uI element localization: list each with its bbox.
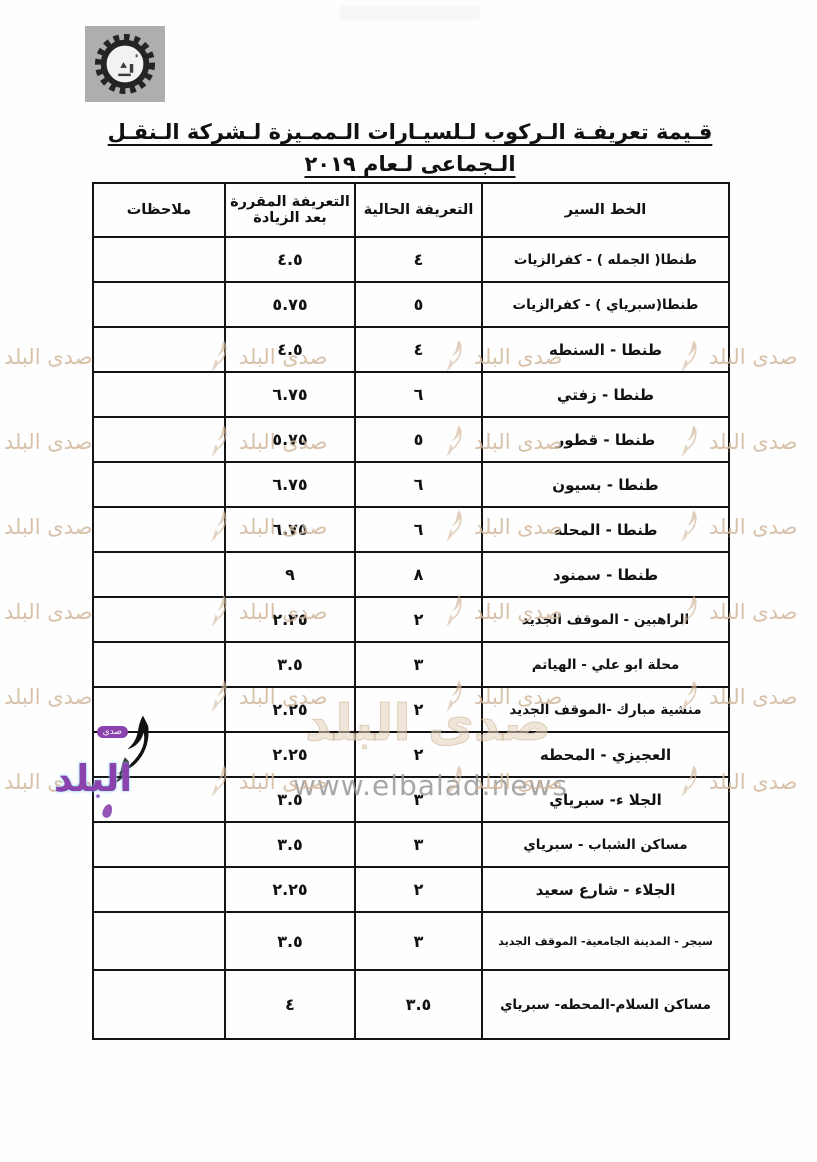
watermark-text: صدى البلد [4,770,93,794]
header-route: الخط السير [482,183,729,237]
new-fare-cell: ٥.٧٥ [225,282,355,327]
table-row: طنطا - سمنود٨٩ [93,552,729,597]
tiled-watermark: صدى البلد [0,339,93,375]
table-row: الجلاء - شارع سعيد٢٢.٢٥ [93,867,729,912]
route-cell: طنطا - بسيون [482,462,729,507]
notes-cell [93,822,225,867]
notes-cell [93,507,225,552]
scanned-document-page: { "page": { "title_line1": "قـيمة تعريفـ… [0,0,817,1162]
new-fare-cell: ٢.٢٥ [225,687,355,732]
table-row: طنطا( الجمله ) - كفرالزيات٤٤.٥ [93,237,729,282]
new-fare-cell: ٦.٧٥ [225,507,355,552]
new-fare-cell: ٤.٥ [225,327,355,372]
fare-table-body: طنطا( الجمله ) - كفرالزيات٤٤.٥طنطا(سبريا… [93,237,729,1039]
title-line-2: الـجماعى لـعام ٢٠١٩ [304,152,515,176]
route-cell: طنطا - سمنود [482,552,729,597]
new-fare-cell: ٢.٢٥ [225,867,355,912]
route-cell: سيجر - المدينة الجامعية- الموقف الجديد [482,912,729,970]
current-fare-cell: ٢ [355,597,482,642]
current-fare-cell: ٥ [355,282,482,327]
route-cell: مساكن الشباب - سبرياي [482,822,729,867]
current-fare-cell: ٨ [355,552,482,597]
new-fare-cell: ٢.٢٥ [225,732,355,777]
route-cell: طنطا( الجمله ) - كفرالزيات [482,237,729,282]
header-new-fare: التعريفة المقررة بعد الزيادة [225,183,355,237]
route-cell: طنطا - السنطه [482,327,729,372]
current-fare-cell: ٦ [355,507,482,552]
current-fare-cell: ٤ [355,327,482,372]
current-fare-cell: ٦ [355,462,482,507]
route-cell: مساكن السلام-المحطه- سبرياي [482,970,729,1039]
new-fare-cell: ٣.٥ [225,642,355,687]
table-row: طنطا - المحله٦٦.٧٥ [93,507,729,552]
table-row: سيجر - المدينة الجامعية- الموقف الجديد٣٣… [93,912,729,970]
current-fare-cell: ٢ [355,687,482,732]
notes-cell [93,970,225,1039]
new-fare-cell: ٣.٥ [225,912,355,970]
new-fare-cell: ٤ [225,970,355,1039]
route-cell: طنطا - زفتي [482,372,729,417]
notes-cell [93,687,225,732]
notes-cell [93,282,225,327]
notes-cell [93,912,225,970]
tiled-watermark: صدى البلد [0,679,93,715]
table-row: الجلا ء- سبرياي٣٣.٥ [93,777,729,822]
new-fare-cell: ٢.٢٥ [225,597,355,642]
header-current-fare: التعريفة الحالية [355,183,482,237]
notes-cell [93,372,225,417]
new-fare-cell: ٩ [225,552,355,597]
company-gear-stamp [85,26,165,102]
current-fare-cell: ٢ [355,732,482,777]
notes-cell [93,417,225,462]
route-cell: طنطا - المحله [482,507,729,552]
new-fare-cell: ٤.٥ [225,237,355,282]
gear-icon [94,33,156,95]
new-fare-cell: ٣.٥ [225,822,355,867]
header-notes: ملاحظات [93,183,225,237]
notes-cell [93,327,225,372]
route-cell: العجيزي - المحطه [482,732,729,777]
route-cell: الراهبين - الموقف الجديد [482,597,729,642]
current-fare-cell: ٤ [355,237,482,282]
new-fare-cell: ٦.٧٥ [225,462,355,507]
notes-cell [93,552,225,597]
current-fare-cell: ٦ [355,372,482,417]
watermark-text: صدى البلد [4,515,93,539]
table-row: طنطا - بسيون٦٦.٧٥ [93,462,729,507]
route-cell: محلة ابو علي - الهياتم [482,642,729,687]
watermark-text: صدى البلد [4,685,93,709]
notes-cell [93,777,225,822]
table-header-row: الخط السير التعريفة الحالية التعريفة الم… [93,183,729,237]
table-row: مساكن الشباب - سبرياي٣٣.٥ [93,822,729,867]
watermark-text: صدى البلد [4,345,93,369]
new-fare-cell: ٣.٥ [225,777,355,822]
notes-cell [93,597,225,642]
current-fare-cell: ٣ [355,912,482,970]
current-fare-cell: ٣.٥ [355,970,482,1039]
table-row: محلة ابو علي - الهياتم٣٣.٥ [93,642,729,687]
table-row: طنطا - زفتي٦٦.٧٥ [93,372,729,417]
title-line-1: قـيمة تعريفـة الـركوب لـلسيـارات الـممـي… [108,120,713,144]
current-fare-cell: ٥ [355,417,482,462]
table-row: منشية مبارك -الموقف الجديد٢٢.٢٥ [93,687,729,732]
route-cell: الجلاء - شارع سعيد [482,867,729,912]
table-row: طنطا(سبرياي ) - كفرالزيات٥٥.٧٥ [93,282,729,327]
fare-table: الخط السير التعريفة الحالية التعريفة الم… [92,182,730,1040]
tiled-watermark: صدى البلد [0,424,93,460]
new-fare-cell: ٦.٧٥ [225,372,355,417]
page-title: قـيمة تعريفـة الـركوب لـلسيـارات الـممـي… [80,116,740,180]
watermark-text: صدى البلد [4,600,93,624]
notes-cell [93,642,225,687]
tiled-watermark: صدى البلد [0,509,93,545]
watermark-text: صدى البلد [4,430,93,454]
notes-cell [93,732,225,777]
route-cell: طنطا(سبرياي ) - كفرالزيات [482,282,729,327]
route-cell: منشية مبارك -الموقف الجديد [482,687,729,732]
route-cell: طنطا - قطور [482,417,729,462]
table-row: العجيزي - المحطه٢٢.٢٥ [93,732,729,777]
notes-cell [93,462,225,507]
table-row: طنطا - السنطه٤٤.٥ [93,327,729,372]
current-fare-cell: ٣ [355,822,482,867]
tiled-watermark: صدى البلد [0,594,93,630]
table-row: مساكن السلام-المحطه- سبرياي٣.٥٤ [93,970,729,1039]
scan-artifact [340,6,480,20]
route-cell: الجلا ء- سبرياي [482,777,729,822]
current-fare-cell: ٣ [355,777,482,822]
table-row: الراهبين - الموقف الجديد٢٢.٢٥ [93,597,729,642]
current-fare-cell: ٣ [355,642,482,687]
new-fare-cell: ٥.٧٥ [225,417,355,462]
table-row: طنطا - قطور٥٥.٧٥ [93,417,729,462]
notes-cell [93,867,225,912]
current-fare-cell: ٢ [355,867,482,912]
tiled-watermark: صدى البلد [0,764,93,800]
notes-cell [93,237,225,282]
